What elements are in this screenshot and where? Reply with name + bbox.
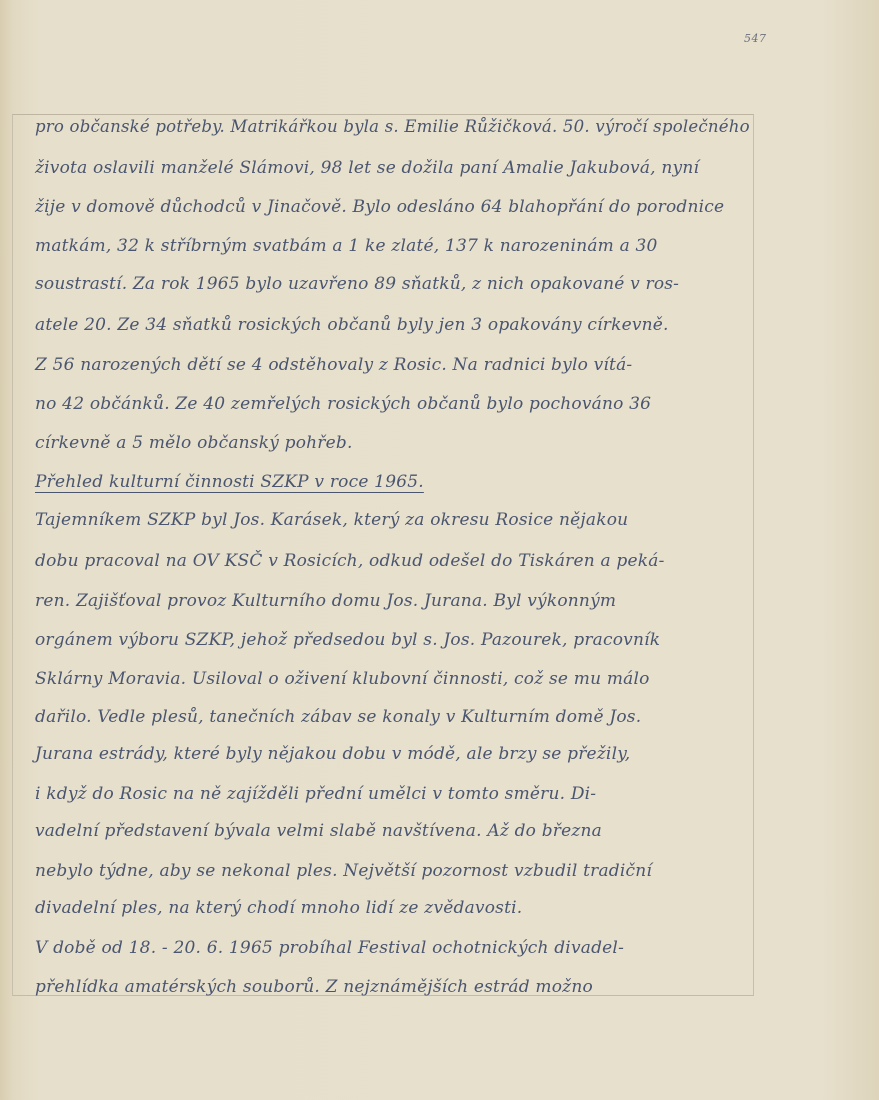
text-line: vadelní představení bývala velmi slabě n… [35,821,602,841]
text-line: ren. Zajišťoval provoz Kulturního domu J… [35,591,616,611]
text-line: dobu pracoval na OV KSČ v Rosicích, odku… [35,551,665,571]
text-line: V době od 18. - 20. 6. 1965 probíhal Fes… [35,938,624,958]
text-line: Tajemníkem SZKP byl Jos. Karásek, který … [35,510,628,530]
section-heading: Přehled kulturní činnosti SZKP v roce 19… [35,472,424,492]
text-line: církevně a 5 mělo občanský pohřeb. [35,433,353,453]
text-line: života oslavili manželé Slámovi, 98 let … [35,158,699,178]
text-line: Sklárny Moravia. Usiloval o oživení klub… [35,669,650,689]
text-line: divadelní ples, na který chodí mnoho lid… [35,898,522,918]
text-line: Z 56 narozených dětí se 4 odstěhovaly z … [35,355,632,375]
text-line: pro občanské potřeby. Matrikářkou byla s… [35,117,750,137]
text-line: přehlídka amatérských souborů. Z nejznám… [35,977,593,997]
text-line: dařilo. Vedle plesů, tanečních zábav se … [35,707,641,727]
text-line: atele 20. Ze 34 sňatků rosických občanů … [35,315,669,335]
manuscript-page: 547 pro občanské potřeby. Matrikářkou by… [0,0,879,1100]
page-number: 547 [744,32,767,45]
text-line: Jurana estrády, které byly nějakou dobu … [35,744,630,764]
text-line: no 42 občánků. Ze 40 zemřelých rosických… [35,394,651,414]
text-line: i když do Rosic na ně zajížděli přední u… [35,784,596,804]
text-line: žije v domově důchodců v Jinačově. Bylo … [35,197,724,217]
text-line: soustrastí. Za rok 1965 bylo uzavřeno 89… [35,274,679,294]
text-line: nebylo týdne, aby se nekonal ples. Nejvě… [35,861,652,881]
text-line: orgánem výboru SZKP, jehož předsedou byl… [35,630,660,650]
text-line: matkám, 32 k stříbrným svatbám a 1 ke zl… [35,236,658,256]
